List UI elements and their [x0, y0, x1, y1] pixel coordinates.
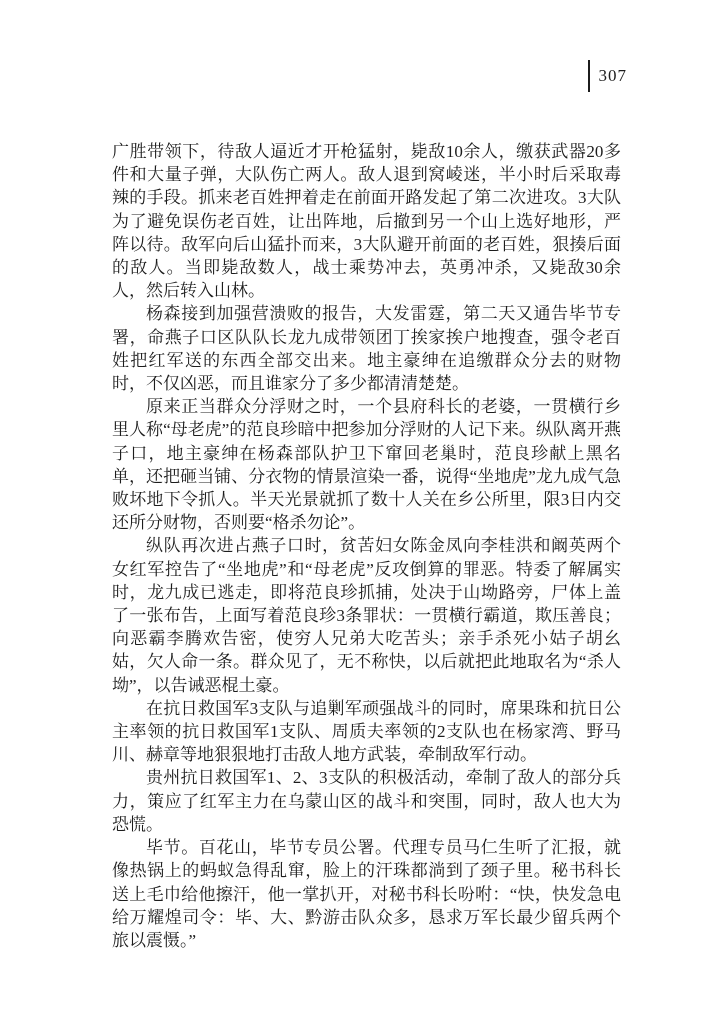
- book-page: 307 广胜带领下，待敌人逼近才开枪猛射，毙敌10余人，缴获武器20多件和大量子…: [0, 0, 715, 1010]
- body-text: 广胜带领下，待敌人逼近才开枪猛射，毙敌10余人，缴获武器20多件和大量子弹，大队…: [112, 140, 621, 952]
- page-number: 307: [599, 66, 628, 86]
- paragraph: 广胜带领下，待敌人逼近才开枪猛射，毙敌10余人，缴获武器20多件和大量子弹，大队…: [112, 140, 621, 302]
- paragraph: 贵州抗日救国军1、2、3支队的积极活动，牵制了敌人的部分兵力，策应了红军主力在乌…: [112, 766, 621, 836]
- paragraph: 毕节。百花山，毕节专员公署。代理专员马仁生听了汇报，就像热锅上的蚂蚁急得乱窜，脸…: [112, 836, 621, 952]
- paragraph: 原来正当群众分浮财之时，一个县府科长的老婆，一贯横行乡里人称“母老虎”的范良珍暗…: [112, 395, 621, 534]
- paragraph: 杨森接到加强营溃败的报告，大发雷霆，第二天又通告毕节专署，命燕子口区队队长龙九成…: [112, 302, 621, 395]
- paragraph: 在抗日救国军3支队与追剿军顽强战斗的同时，席果珠和抗日公主率领的抗日救国军1支队…: [112, 697, 621, 767]
- page-number-block: 307: [588, 60, 628, 92]
- page-number-rule: [588, 60, 590, 92]
- paragraph: 纵队再次进占燕子口时，贫苦妇女陈金凤向李桂洪和阚英两个女红军控告了“坐地虎”和“…: [112, 534, 621, 696]
